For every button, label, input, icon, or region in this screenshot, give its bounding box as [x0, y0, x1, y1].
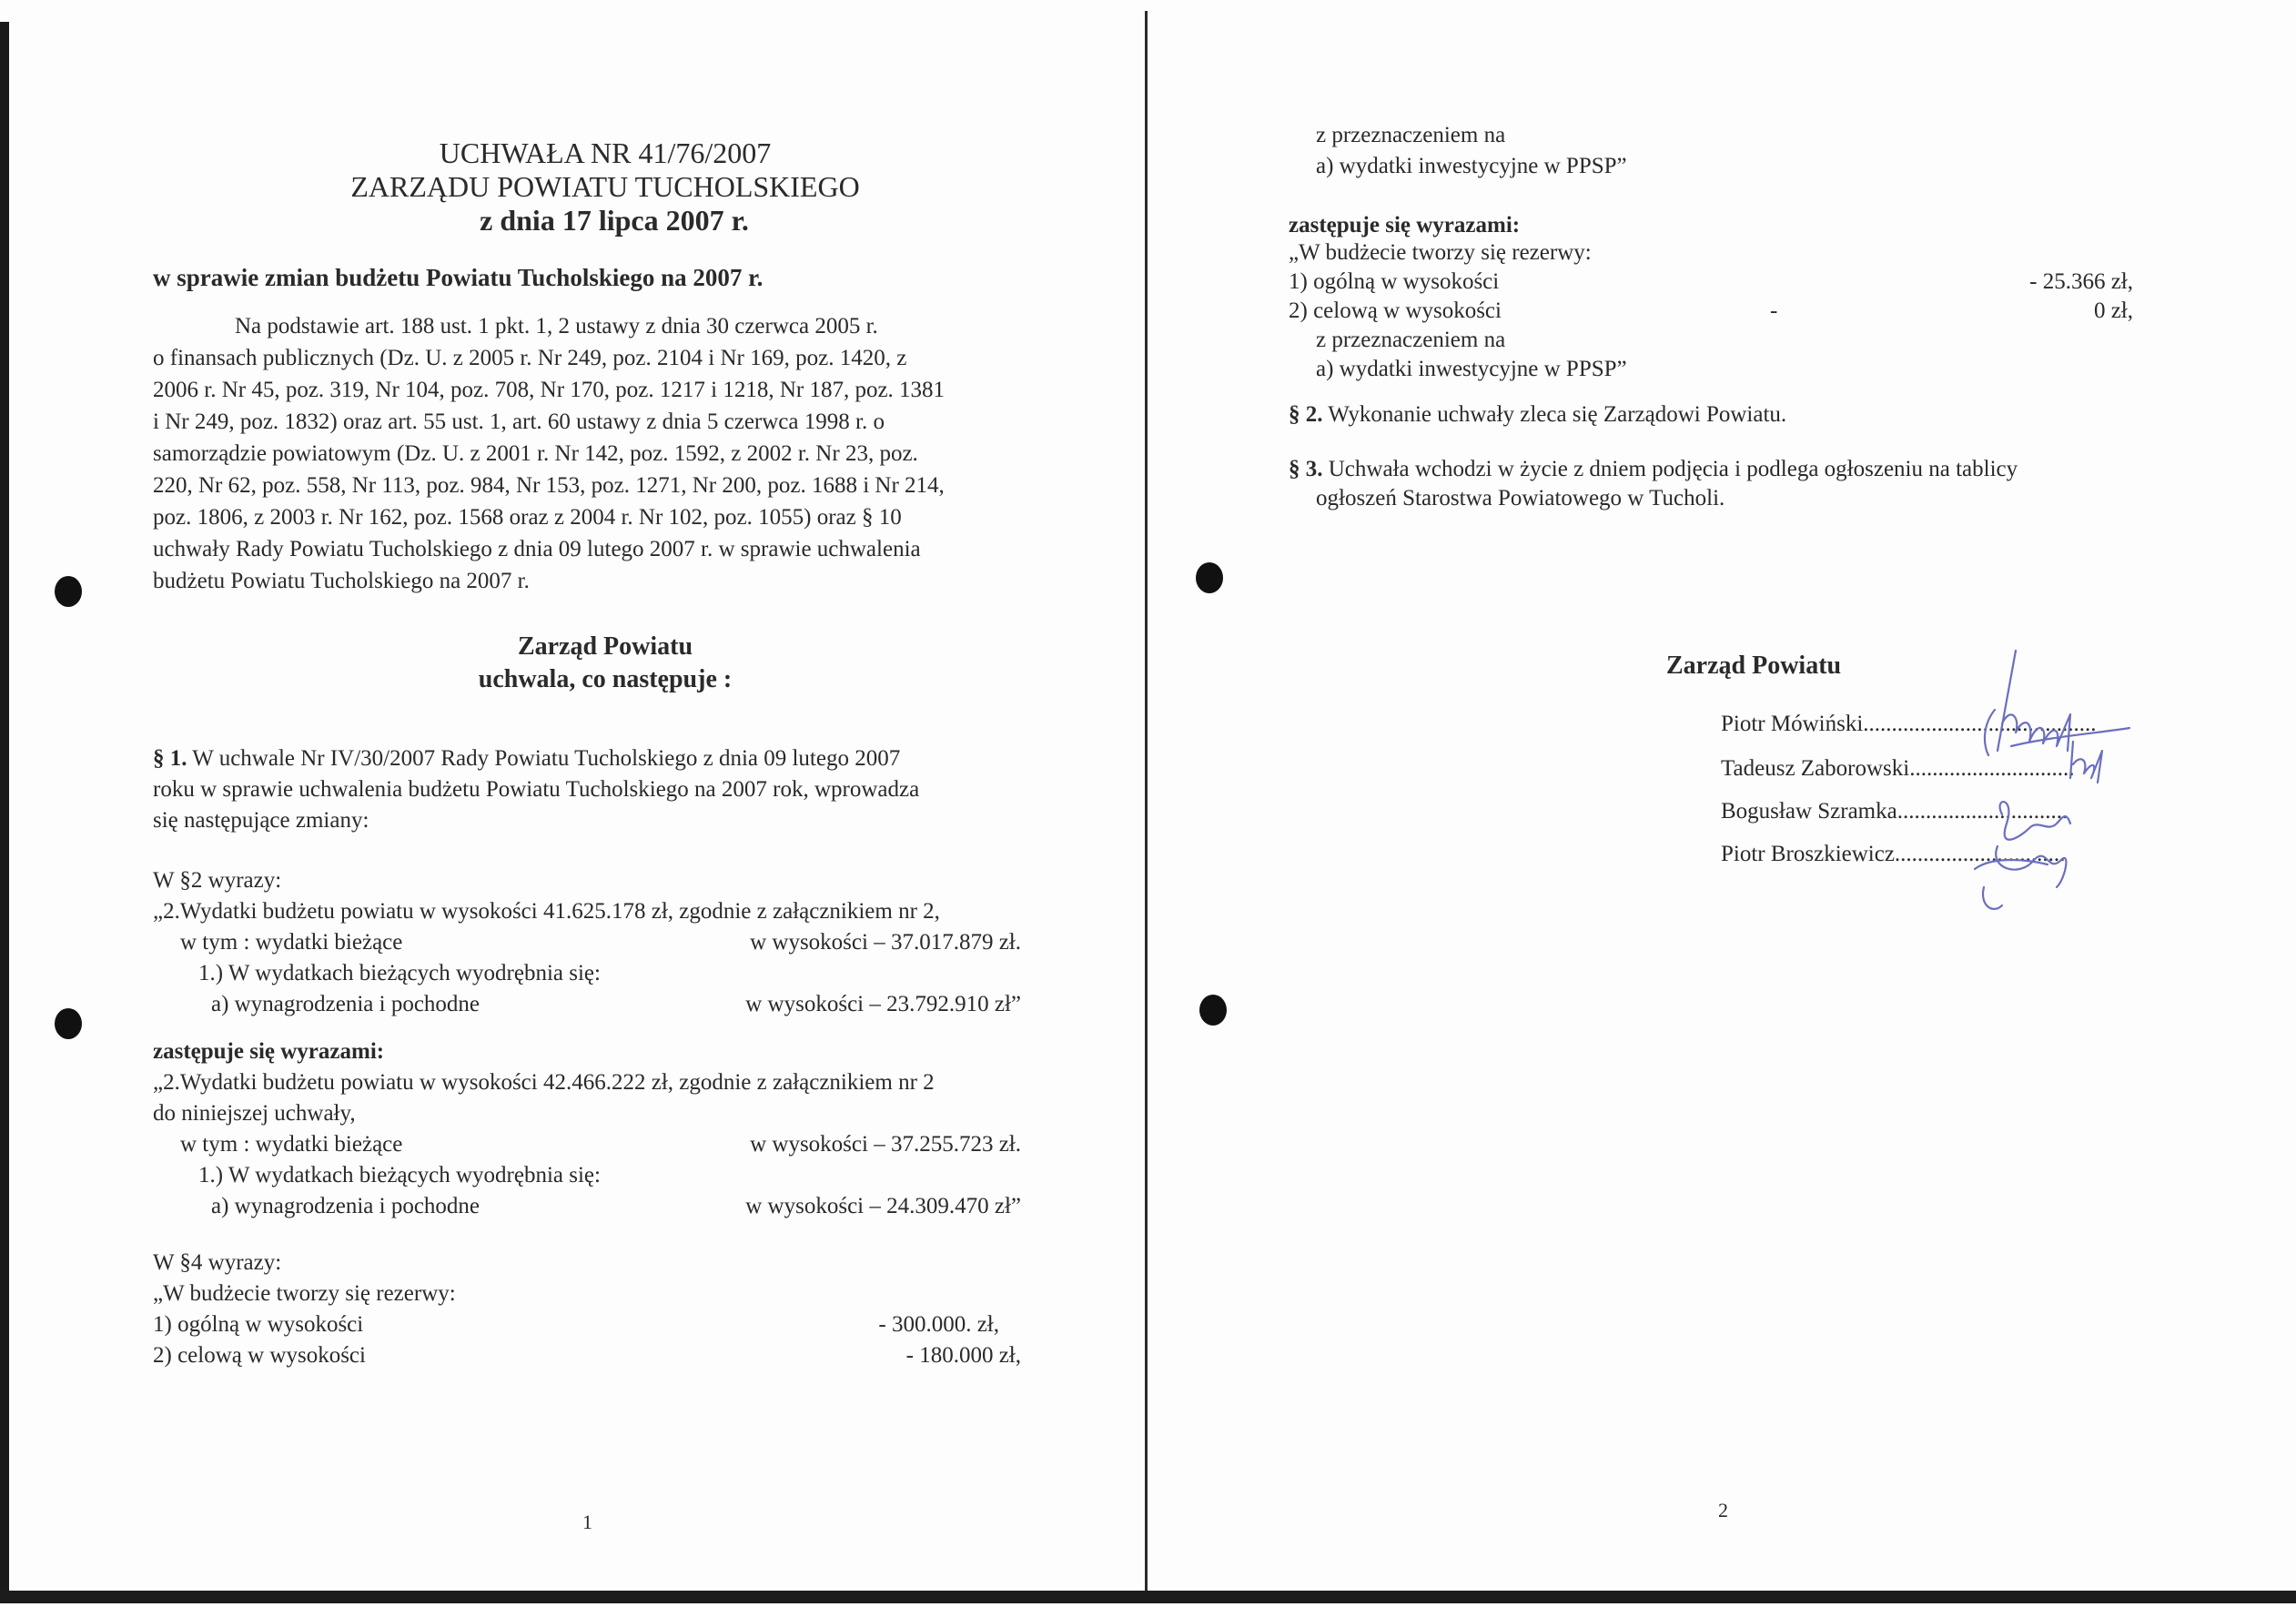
resolution-number: UCHWAŁA NR 41/76/2007: [9, 136, 1201, 170]
resolution-date: z dnia 17 lipca 2007 r.: [9, 204, 1219, 237]
amount: - 300.000. zł,: [878, 1310, 999, 1339]
page-number: 1: [582, 1511, 592, 1534]
amount: - 25.366 zł,: [2029, 268, 2133, 297]
amount: w wysokości – 37.255.723 zł.: [750, 1130, 1021, 1159]
amount: w wysokości – 24.309.470 zł”: [745, 1192, 1021, 1221]
amount: w wysokości – 23.792.910 zł”: [745, 990, 1021, 1019]
page-number: 2: [1718, 1499, 1728, 1522]
paragraph-2: § 2. Wykonanie uchwały zleca się Zarządo…: [1289, 400, 1786, 430]
amount: w wysokości – 37.017.879 zł.: [750, 928, 1021, 957]
paragraph-label: § 1.: [153, 746, 187, 771]
amount: 0 zł,: [2094, 297, 2133, 326]
scan-bottom-edge: [0, 1591, 2296, 1617]
page-1: UCHWAŁA NR 41/76/2007 ZARZĄDU POWIATU TU…: [9, 0, 1145, 1591]
issuer: ZARZĄDU POWIATU TUCHOLSKIEGO: [9, 170, 1201, 204]
board-heading: Zarząd Powiatu: [1666, 652, 1841, 681]
resolution-subject: w sprawie zmian budżetu Powiatu Tucholsk…: [153, 263, 763, 292]
board-heading: Zarząd Powiatu: [9, 630, 1201, 663]
scan-left-edge: [0, 22, 9, 1605]
amount: - 180.000 zł,: [906, 1341, 1021, 1370]
handwritten-signatures: [1911, 642, 2148, 915]
paragraph-3: § 3. Uchwała wchodzi w życie z dniem pod…: [1289, 455, 2018, 484]
resolves-heading: uchwala, co następuje :: [9, 662, 1201, 696]
